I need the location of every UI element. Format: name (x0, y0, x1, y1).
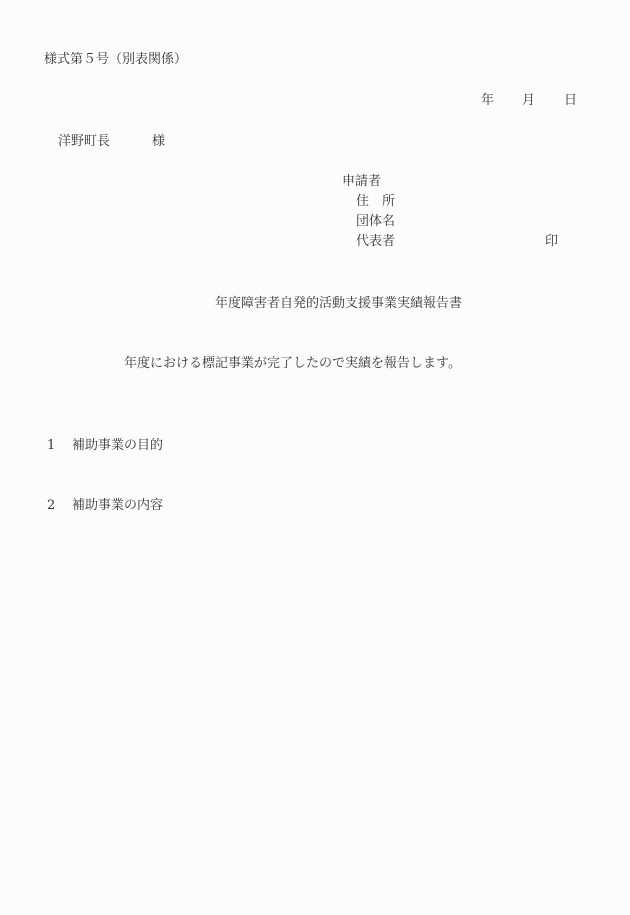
addressee-name: 洋野町長 (58, 134, 110, 150)
applicant-representative-label: 代表者 (356, 234, 395, 250)
addressee-honorific: 様 (152, 134, 165, 150)
section-label: 補助事業の目的 (72, 438, 163, 453)
section-number: 1 (47, 438, 72, 454)
applicant-organization-label: 団体名 (356, 214, 395, 230)
section-number: 2 (47, 498, 72, 514)
applicant-label: 申請者 (342, 174, 381, 190)
document-title: 年度障害者自発的活動支援事業実績報告書 (215, 296, 462, 312)
form-number: 様式第５号（別表関係） (44, 52, 187, 68)
date-day-label: 日 (564, 93, 577, 109)
section-heading-purpose: 1補助事業の目的 (47, 438, 163, 454)
date-month-label: 月 (522, 93, 535, 109)
section-label: 補助事業の内容 (72, 498, 163, 513)
document-body: 年度における標記事業が完了したので実績を報告します。 (124, 356, 461, 372)
applicant-address-label: 住 所 (356, 194, 395, 210)
section-heading-content: 2補助事業の内容 (47, 498, 163, 514)
seal-mark: 印 (545, 234, 558, 250)
date-year-label: 年 (481, 93, 494, 109)
